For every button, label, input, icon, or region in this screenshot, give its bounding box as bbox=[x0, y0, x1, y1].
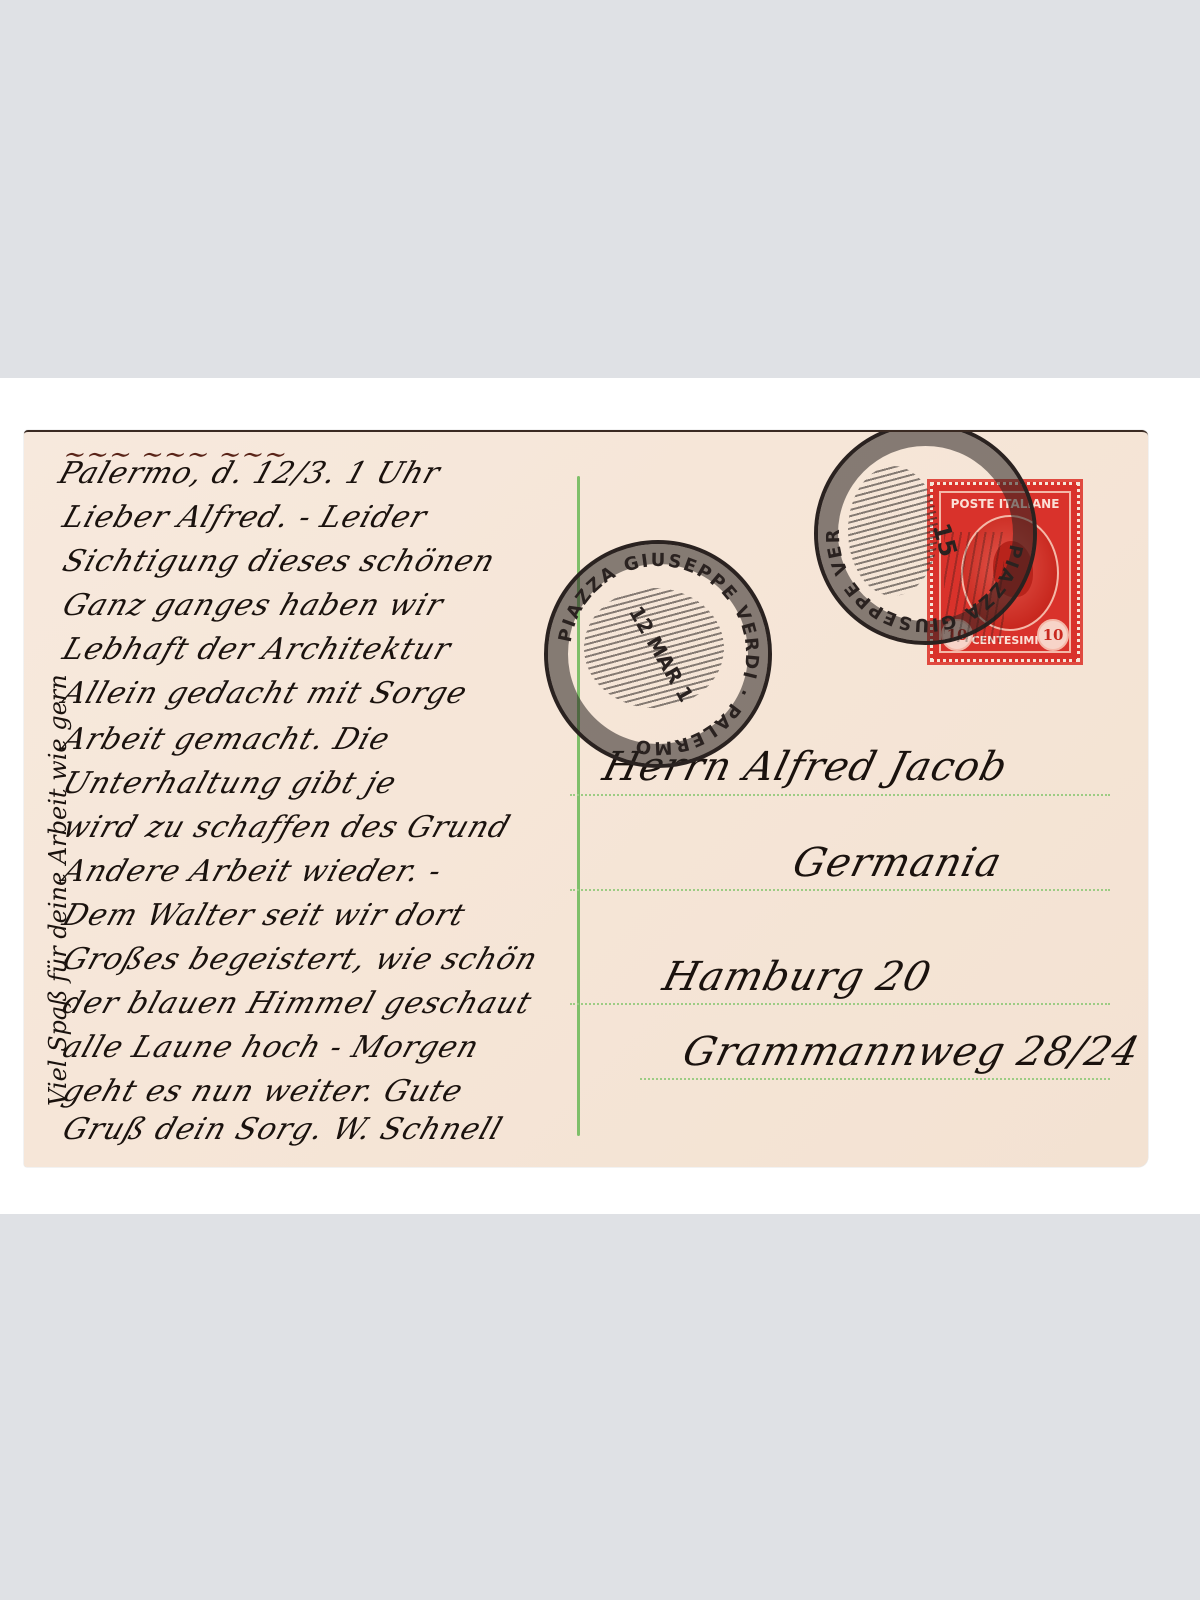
message-line: der blauen Himmel geschaut bbox=[58, 986, 536, 1021]
message-line: Gruß dein Sorg. W. Schnell bbox=[58, 1112, 507, 1147]
message-line: Lieber Alfred. - Leider bbox=[58, 500, 431, 535]
address-line-3 bbox=[570, 1003, 1110, 1005]
message-line: Palermo, d. 12/3. 1 Uhr bbox=[54, 456, 445, 491]
recipient-city: Hamburg 20 bbox=[658, 954, 936, 1000]
message-line: Andere Arbeit wieder. - bbox=[58, 854, 446, 889]
message-line: wird zu schaffen des Grund bbox=[58, 810, 515, 845]
address-line-4 bbox=[640, 1078, 1110, 1080]
message-line: Lebhaft der Architektur bbox=[58, 632, 455, 667]
stamp-value-right: 10 bbox=[1037, 619, 1069, 651]
cancellation-bars bbox=[944, 532, 1004, 642]
message-line: Sichtigung dieses schönen bbox=[58, 544, 499, 579]
message-line: Großes begeistert, wie schön bbox=[58, 942, 542, 977]
postmark-palermo-center: PIAZZA GIUSEPPE VERDI · PALERMO 12 MAR 1 bbox=[544, 540, 772, 768]
address-line-1 bbox=[570, 794, 1110, 796]
message-line: Ganz ganges haben wir bbox=[58, 588, 448, 623]
message-line: Allein gedacht mit Sorge bbox=[58, 676, 472, 711]
message-line: Arbeit gemacht. Die bbox=[58, 722, 394, 757]
address-line-2 bbox=[570, 889, 1110, 891]
message-line: alle Laune hoch - Morgen bbox=[58, 1030, 484, 1065]
message-line: Dem Walter seit wir dort bbox=[58, 898, 470, 933]
postcard: Viel Spaß für deine Arbeit wie gern ~~~ … bbox=[24, 430, 1148, 1167]
message-line: geht es nun weiter. Gute bbox=[58, 1074, 467, 1109]
recipient-country: Germania bbox=[788, 840, 1006, 886]
message-line: Unterhaltung gibt je bbox=[58, 766, 401, 801]
recipient-street: Grammannweg 28/24 bbox=[678, 1029, 1144, 1075]
